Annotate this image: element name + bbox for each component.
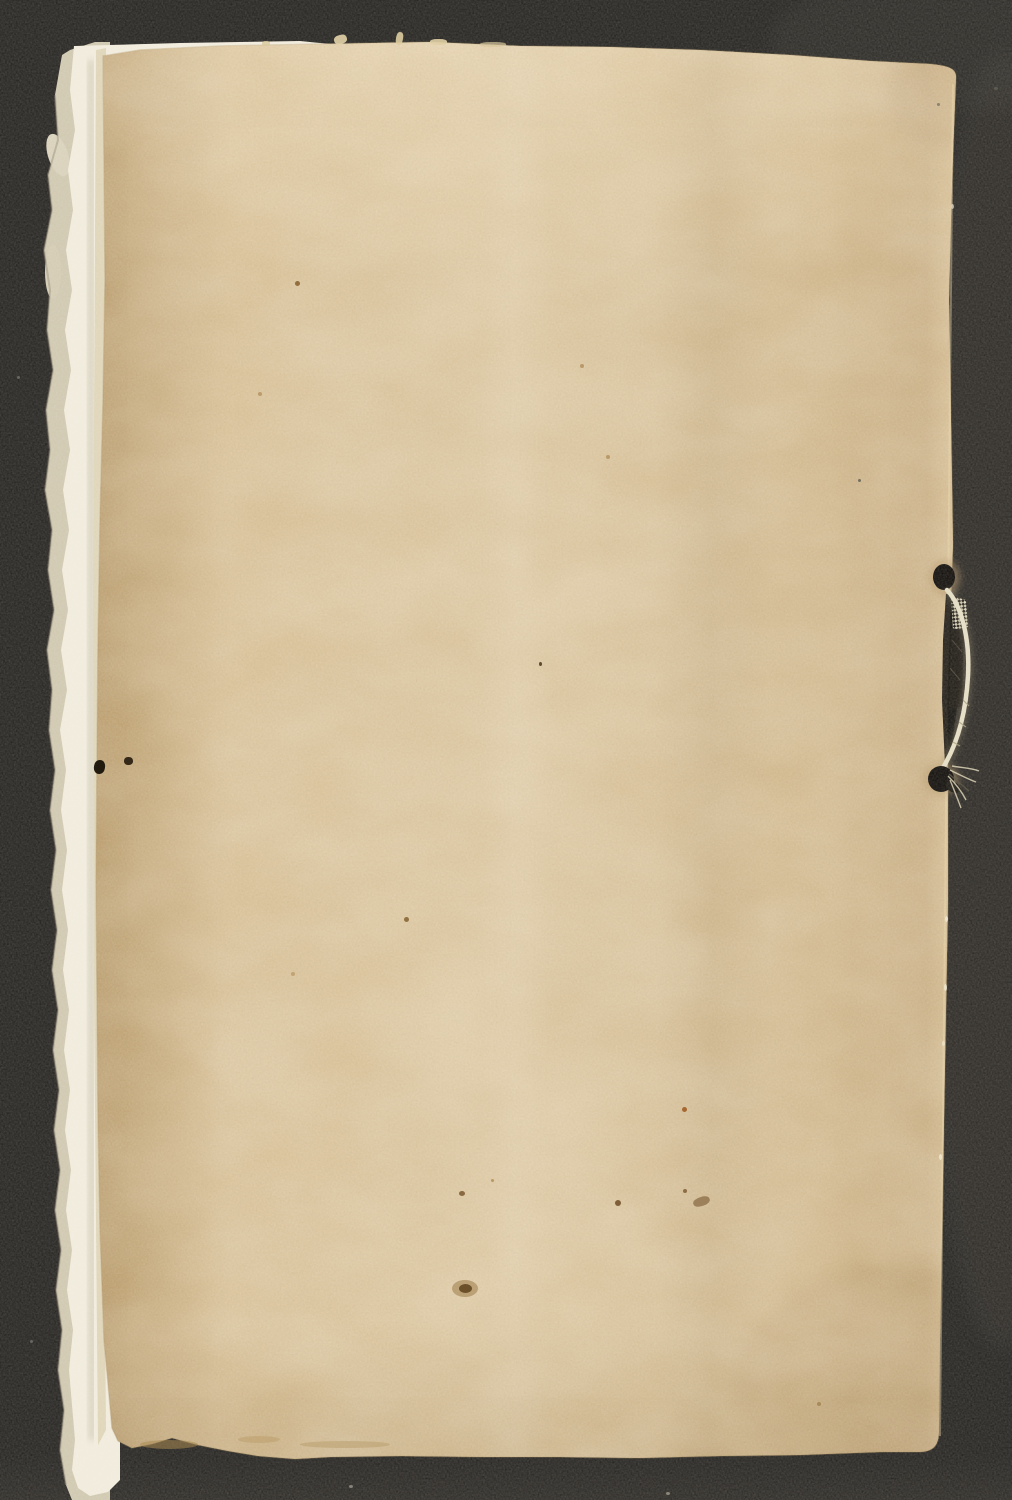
archival-scan bbox=[0, 0, 1012, 1500]
paper-grain-overlay bbox=[0, 0, 1012, 1500]
scan-rendering bbox=[0, 0, 1012, 1500]
